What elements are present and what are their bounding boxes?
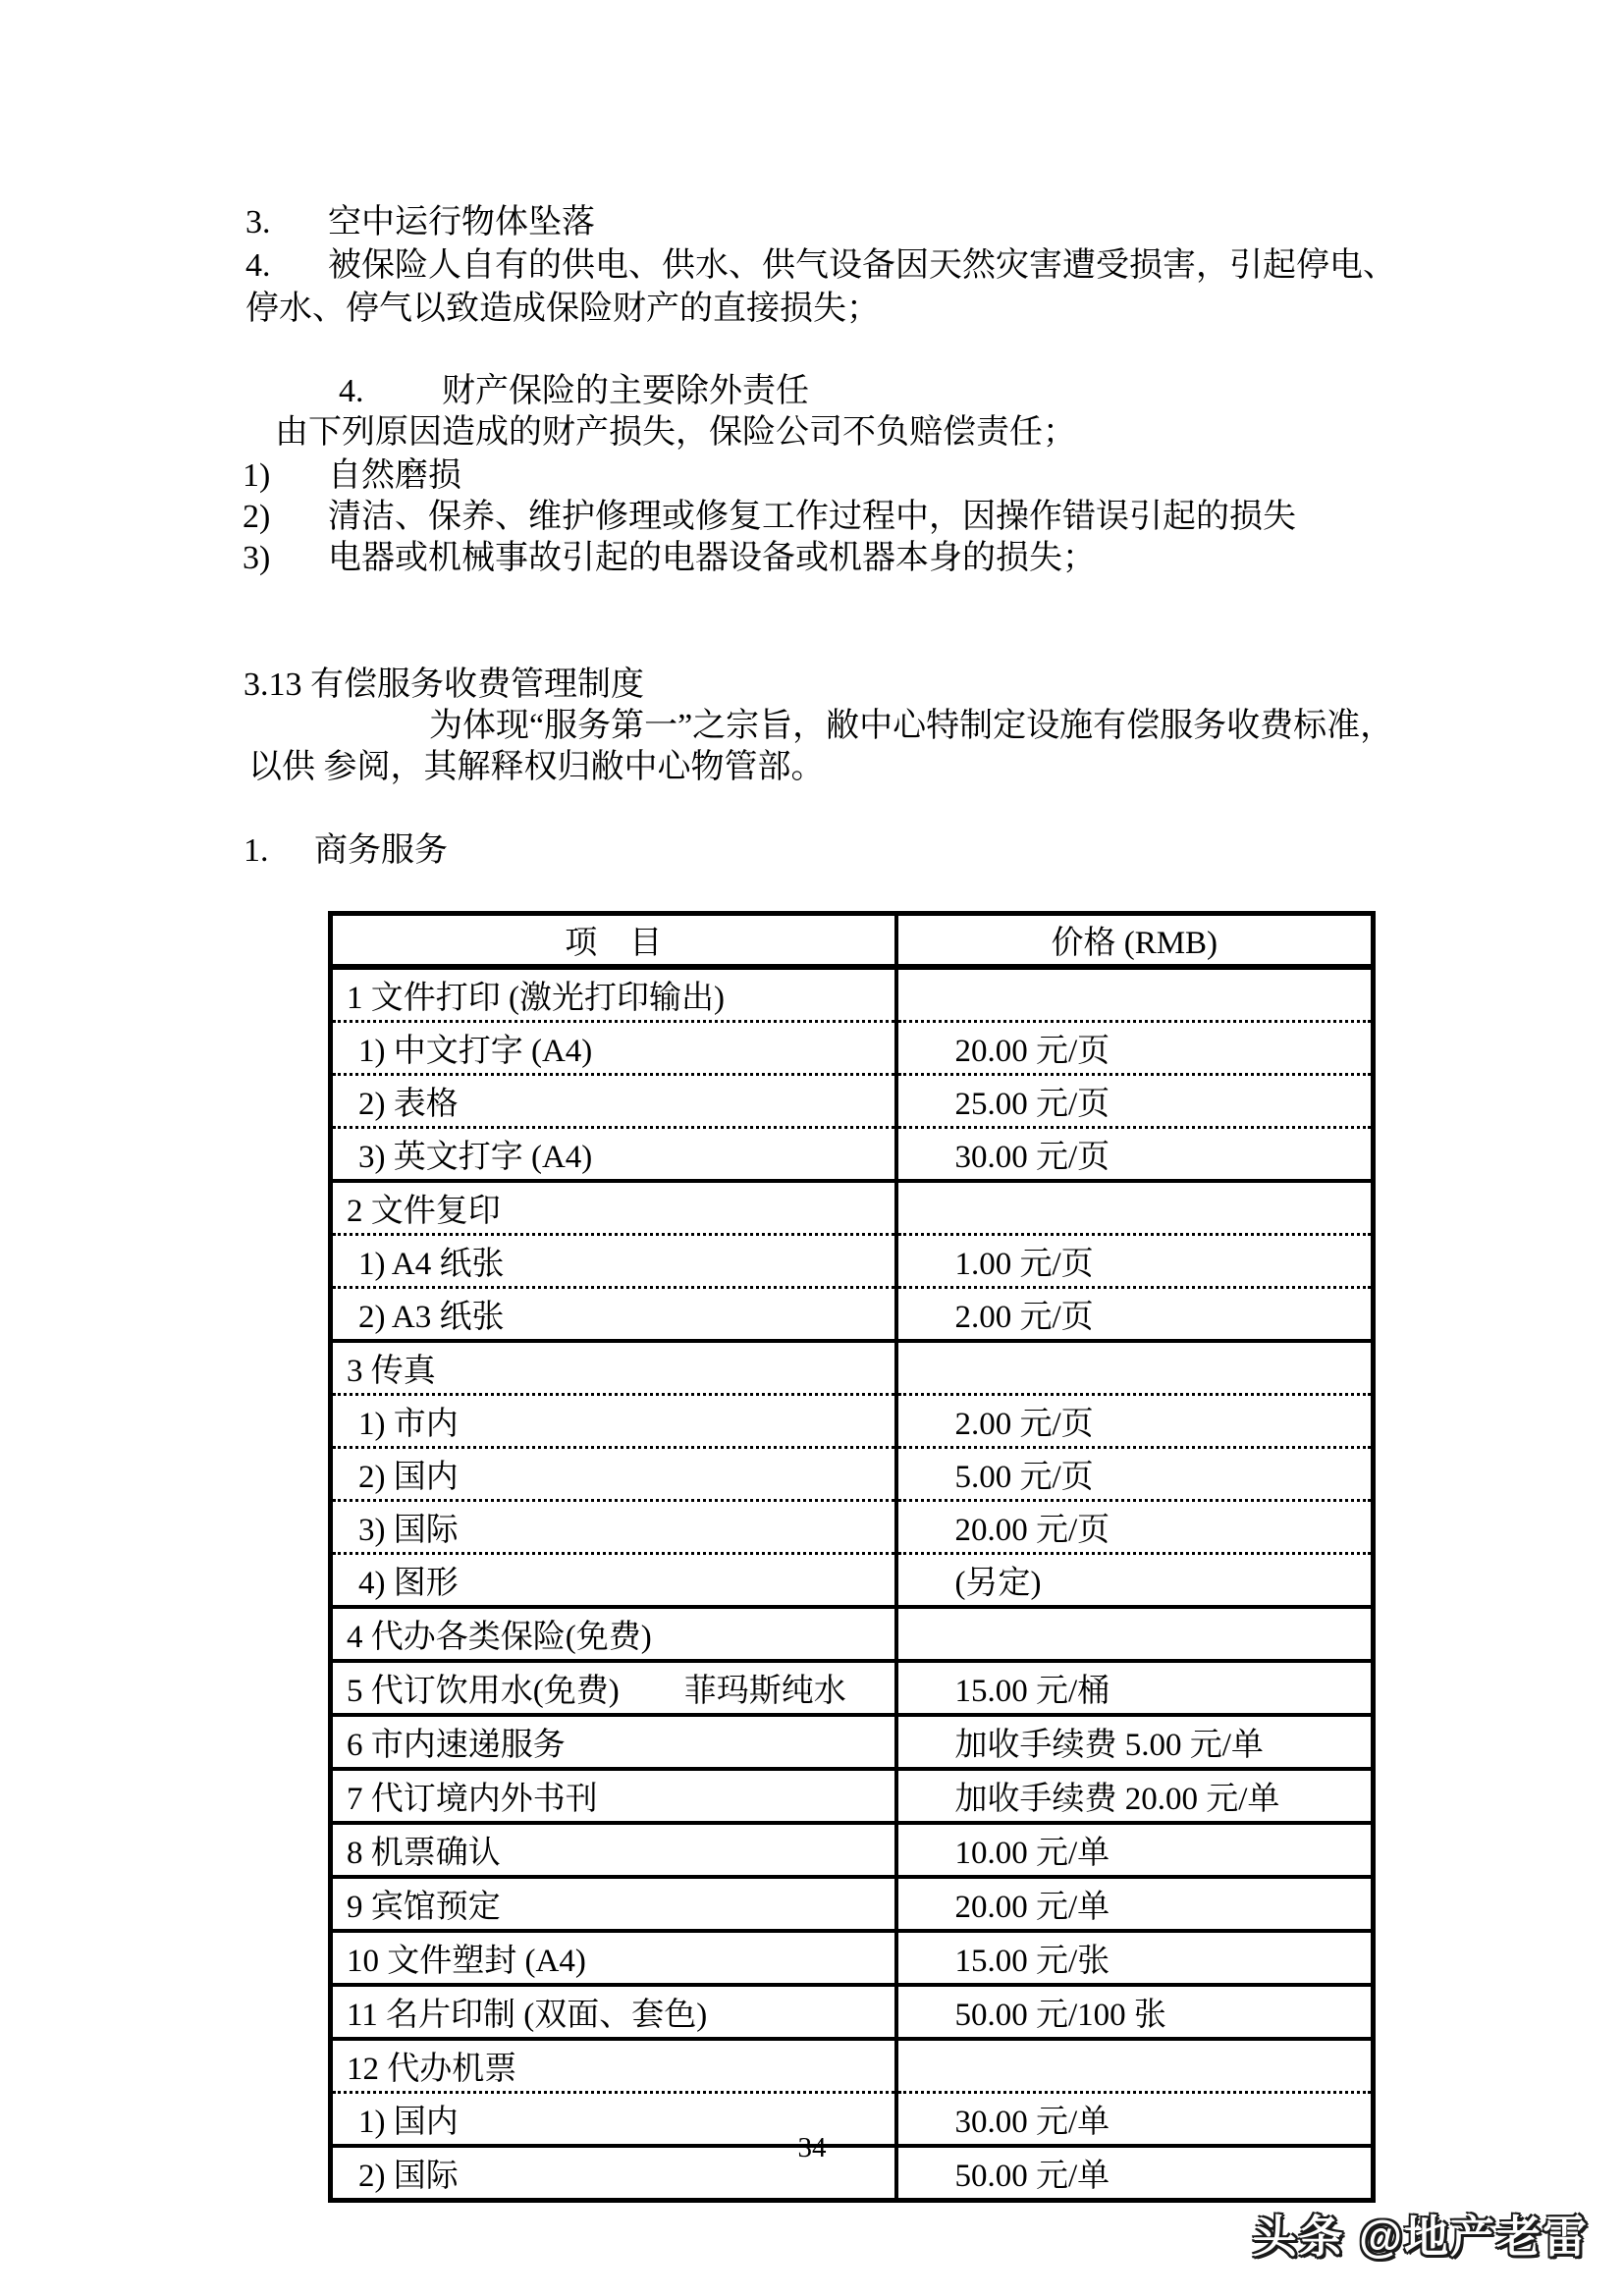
item-cell: 1) 中文打字 (A4) <box>331 1022 896 1075</box>
paragraph-text: 为体现“服务第一”之宗旨，敝中心特制定设施有偿服务收费标准， <box>429 707 1393 746</box>
table-row: 10 文件塑封 (A4)15.00 元/张 <box>331 1931 1374 1985</box>
list-marker: 3. <box>245 203 271 242</box>
item-cell: 2) 表格 <box>331 1075 896 1128</box>
item-cell: 7 代订境内外书刊 <box>331 1769 896 1823</box>
table-row: 1) A4 纸张1.00 元/页 <box>331 1235 1374 1288</box>
price-cell: 1.00 元/页 <box>896 1235 1374 1288</box>
table-row: 2) A3 纸张2.00 元/页 <box>331 1288 1374 1342</box>
item-cell: 1) A4 纸张 <box>331 1235 896 1288</box>
table-row: 8 机票确认10.00 元/单 <box>331 1823 1374 1877</box>
table-row: 9 宾馆预定20.00 元/单 <box>331 1877 1374 1931</box>
price-table-header: 项 目 价格 (RMB) <box>331 914 1374 968</box>
business-services-heading: 1. 商务服务 <box>0 831 1624 871</box>
heading-marker: 1. <box>244 831 269 871</box>
list-marker: 1) <box>243 456 270 496</box>
item-cell: 2) 国内 <box>331 1448 896 1501</box>
paragraph-text: 由下列原因造成的财产损失，保险公司不负赔偿责任； <box>275 413 1076 453</box>
price-cell: 2.00 元/页 <box>896 1395 1374 1448</box>
table-row: 1 文件打印 (激光打印输出) <box>331 967 1374 1022</box>
item-cell: 3) 国际 <box>331 1501 896 1554</box>
price-header-cell: 价格 (RMB) <box>896 914 1374 968</box>
heading-text: 3.13 有偿服务收费管理制度 <box>244 666 644 705</box>
document-page: 3. 空中运行物体坠落 4. 被保险人自有的供电、供水、供气设备因天然灾害遭受损… <box>0 0 1624 2296</box>
item-cell: 2 文件复印 <box>331 1181 896 1235</box>
table-row: 1) 中文打字 (A4)20.00 元/页 <box>331 1022 1374 1075</box>
hazard-item: 3. 空中运行物体坠落 <box>0 203 1624 242</box>
item-cell: 6 市内速递服务 <box>331 1715 896 1769</box>
list-text: 清洁、保养、维护修理或修复工作过程中，因操作错误引起的损失 <box>328 498 1296 537</box>
table-row: 4) 图形(另定) <box>331 1554 1374 1608</box>
exclusion-item: 3) 电器或机械事故引起的电器设备或机器本身的损失； <box>0 539 1624 578</box>
hazard-continuation: 停水、停气以致造成保险财产的直接损失； <box>0 290 1624 329</box>
price-table-body: 1 文件打印 (激光打印输出)1) 中文打字 (A4)20.00 元/页2) 表… <box>331 967 1374 2201</box>
page-number: 34 <box>0 2132 1624 2164</box>
item-cell: 1) 市内 <box>331 1395 896 1448</box>
item-cell: 12 代办机票 <box>331 2039 896 2093</box>
price-cell: 25.00 元/页 <box>896 1075 1374 1128</box>
item-cell: 9 宾馆预定 <box>331 1877 896 1931</box>
table-row: 2 文件复印 <box>331 1181 1374 1235</box>
price-cell: 加收手续费 5.00 元/单 <box>896 1715 1374 1769</box>
item-cell: 5 代订饮用水(免费) 菲玛斯纯水 <box>331 1661 896 1715</box>
heading-marker: 4. <box>339 372 364 411</box>
list-marker: 2) <box>243 498 270 537</box>
item-cell: 1 文件打印 (激光打印输出) <box>331 967 896 1022</box>
item-cell: 4 代办各类保险(免费) <box>331 1607 896 1661</box>
price-cell <box>896 1181 1374 1235</box>
section-heading: 3.13 有偿服务收费管理制度 <box>0 666 1624 705</box>
table-row: 1) 市内2.00 元/页 <box>331 1395 1374 1448</box>
item-cell: 11 名片印制 (双面、套色) <box>331 1985 896 2039</box>
table-row: 2) 表格25.00 元/页 <box>331 1075 1374 1128</box>
item-cell: 8 机票确认 <box>331 1823 896 1877</box>
price-cell: 15.00 元/张 <box>896 1931 1374 1985</box>
item-cell: 3) 英文打字 (A4) <box>331 1128 896 1182</box>
exclusions-intro: 由下列原因造成的财产损失，保险公司不负赔偿责任； <box>0 413 1624 453</box>
item-cell: 4) 图形 <box>331 1554 896 1608</box>
list-marker: 3) <box>243 539 270 578</box>
price-cell: 30.00 元/页 <box>896 1128 1374 1182</box>
heading-text: 商务服务 <box>314 831 448 871</box>
price-cell <box>896 1607 1374 1661</box>
section-paragraph-line: 为体现“服务第一”之宗旨，敝中心特制定设施有偿服务收费标准， <box>0 707 1624 746</box>
item-cell: 3 传真 <box>331 1341 896 1395</box>
list-text: 自然磨损 <box>328 456 461 496</box>
exclusion-item: 2) 清洁、保养、维护修理或修复工作过程中，因操作错误引起的损失 <box>0 498 1624 537</box>
table-row: 3) 国际20.00 元/页 <box>331 1501 1374 1554</box>
price-cell: 20.00 元/单 <box>896 1877 1374 1931</box>
watermark: 头条 @地产老雷 <box>1253 2201 1589 2265</box>
table-row: 6 市内速递服务加收手续费 5.00 元/单 <box>331 1715 1374 1769</box>
price-cell: 20.00 元/页 <box>896 1022 1374 1075</box>
heading-text: 财产保险的主要除外责任 <box>442 372 809 411</box>
exclusion-item: 1) 自然磨损 <box>0 456 1624 496</box>
price-cell <box>896 2039 1374 2093</box>
exclusions-heading: 4. 财产保险的主要除外责任 <box>0 372 1624 411</box>
price-cell: 15.00 元/桶 <box>896 1661 1374 1715</box>
table-row: 3) 英文打字 (A4)30.00 元/页 <box>331 1128 1374 1182</box>
table-row: 7 代订境内外书刊加收手续费 20.00 元/单 <box>331 1769 1374 1823</box>
section-paragraph-line: 以供 参阅，其解释权归敝中心物管部。 <box>0 748 1624 787</box>
table-row: 3 传真 <box>331 1341 1374 1395</box>
price-cell: 5.00 元/页 <box>896 1448 1374 1501</box>
item-header-cell: 项 目 <box>331 914 896 968</box>
table-row: 5 代订饮用水(免费) 菲玛斯纯水15.00 元/桶 <box>331 1661 1374 1715</box>
list-text: 被保险人自有的供电、供水、供气设备因天然灾害遭受损害，引起停电、 <box>328 246 1396 286</box>
price-cell: 加收手续费 20.00 元/单 <box>896 1769 1374 1823</box>
list-text: 空中运行物体坠落 <box>328 203 595 242</box>
paragraph-text: 以供 参阅，其解释权归敝中心物管部。 <box>248 748 825 787</box>
paragraph-text: 停水、停气以致造成保险财产的直接损失； <box>245 290 880 329</box>
table-row: 4 代办各类保险(免费) <box>331 1607 1374 1661</box>
price-cell: 2.00 元/页 <box>896 1288 1374 1342</box>
table-row: 11 名片印制 (双面、套色)50.00 元/100 张 <box>331 1985 1374 2039</box>
price-table: 项 目 价格 (RMB) 1 文件打印 (激光打印输出)1) 中文打字 (A4)… <box>328 911 1376 2203</box>
price-cell: 20.00 元/页 <box>896 1501 1374 1554</box>
item-cell: 10 文件塑封 (A4) <box>331 1931 896 1985</box>
price-cell <box>896 967 1374 1022</box>
list-marker: 4. <box>245 246 271 286</box>
price-cell: (另定) <box>896 1554 1374 1608</box>
hazard-item: 4. 被保险人自有的供电、供水、供气设备因天然灾害遭受损害，引起停电、 <box>0 246 1624 286</box>
item-cell: 2) A3 纸张 <box>331 1288 896 1342</box>
price-cell: 10.00 元/单 <box>896 1823 1374 1877</box>
table-row: 12 代办机票 <box>331 2039 1374 2093</box>
table-row: 2) 国内5.00 元/页 <box>331 1448 1374 1501</box>
price-cell: 50.00 元/100 张 <box>896 1985 1374 2039</box>
price-cell <box>896 1341 1374 1395</box>
list-text: 电器或机械事故引起的电器设备或机器本身的损失； <box>328 539 1096 578</box>
